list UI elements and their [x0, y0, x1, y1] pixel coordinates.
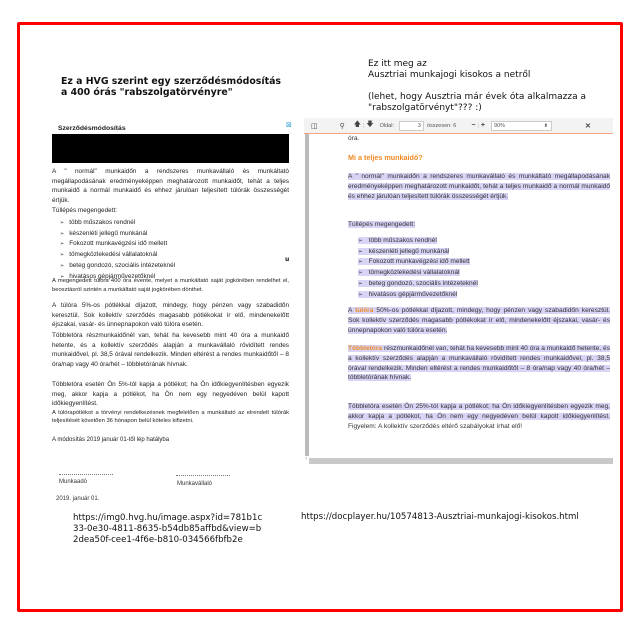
- list-item: ➢több műszakos rendnél: [358, 236, 478, 247]
- zoom-level-value: 90%: [494, 123, 505, 129]
- page-fragment: óra.: [348, 134, 610, 144]
- employer-label: Munkaadó: [59, 479, 87, 485]
- arrow-down-icon[interactable]: 🡇: [366, 120, 373, 131]
- left-caption: Ez a HVG szerint egy szerződésmódosítás …: [61, 76, 281, 98]
- redacted-block: [52, 134, 289, 163]
- document-title: Szerződésmódosítás: [58, 124, 126, 134]
- right-caption-line-4: "rabszolgatörvényt"??? :): [368, 103, 586, 114]
- list-item: ➢Fokozott munkavégzési idő mellett: [358, 257, 478, 268]
- stray-character: u: [285, 256, 289, 263]
- doc-paragraph-1: A " normál" munkaidőn a rendszeres munka…: [52, 167, 289, 206]
- total-pages-label: összesen: 6: [427, 123, 456, 129]
- viewer-paragraph-1: A " normál" munkaidőn a rendszeres munka…: [348, 172, 610, 201]
- left-caption-line-1: Ez a HVG szerint egy szerződésmódosítás: [61, 76, 281, 87]
- fullscreen-icon[interactable]: ✕: [585, 122, 591, 130]
- list-item: tömegközlekedési vállalatoknál: [60, 250, 175, 261]
- sidebar-toggle-icon[interactable]: ◫: [311, 122, 318, 130]
- viewer-list-intro: Túllépés megengedett:: [348, 220, 610, 230]
- zoom-in-button[interactable]: +: [481, 122, 485, 129]
- section-heading: Mi a teljes munkaidő?: [348, 153, 423, 162]
- doc-paragraph-3: A túlóra 5%-os pótlékkal díjazott, minde…: [52, 301, 289, 330]
- doc-list: több műszakos rendnél készenléti jellegű…: [60, 218, 175, 282]
- doc-effective-date: A módosítás 2019 január 01-től lép hatál…: [52, 436, 289, 446]
- list-item: ➢készenléti jellegű munkánál: [358, 247, 478, 258]
- right-caption: Ez itt meg az Ausztriai munkajogi kisoko…: [368, 59, 586, 114]
- horizontal-scrollbar[interactable]: [309, 458, 613, 464]
- hvg-source-url[interactable]: https://img0.hvg.hu/image.aspx?id=781b1c…: [73, 513, 263, 546]
- viewer-paragraph-2: A túlóra 50%-os pótlékkal díjazott, mind…: [348, 306, 610, 335]
- viewer-left-edge: [305, 134, 309, 456]
- list-item: több műszakos rendnél: [60, 218, 175, 229]
- zoom-level-select[interactable]: 90%⬍: [491, 121, 552, 131]
- pdf-viewer: ◫ ⚲ 🡅 | 🡇 Oldal: 3 összesen: 6 − | + 90%…: [304, 118, 613, 470]
- doc-list-intro: Túllépés megengedett:: [52, 206, 289, 216]
- left-caption-line-2: a 400 órás "rabszolgatörvényre": [61, 87, 281, 98]
- employee-signature-line: [176, 475, 230, 476]
- doc-paragraph-5: Többletóra esetén Ön 5%-tól kapja a pótl…: [52, 380, 289, 409]
- viewer-paragraph-4: Többletóra esetén Ön 25%-tól kapja a pót…: [348, 402, 610, 431]
- document-date: 2019. január 01.: [56, 496, 99, 502]
- list-item: beteg gondozó, szociális intézeteknél: [60, 261, 175, 272]
- select-arrow-icon: ⬍: [544, 122, 548, 130]
- employer-signature-line: [59, 474, 113, 475]
- arrow-up-icon[interactable]: 🡅: [354, 120, 361, 131]
- list-item: Fokozott munkavégzési idő mellett: [60, 239, 175, 250]
- viewer-toolbar: ◫ ⚲ 🡅 | 🡇 Oldal: 3 összesen: 6 − | + 90%…: [304, 118, 613, 134]
- list-item: ➢beteg gondozó, szociális intézeteknél: [358, 279, 478, 290]
- page-number-input[interactable]: 3: [399, 121, 424, 131]
- docplayer-source-url[interactable]: https://docplayer.hu/10574813-Ausztriai-…: [301, 512, 579, 523]
- doc-paragraph-6: A túlórapótlékot a törvényi rendelkezésn…: [52, 409, 289, 426]
- employee-label: Munkavállaló: [177, 481, 212, 487]
- doc-paragraph-4: Többletóra részmunkaidőnél van, tehát ha…: [52, 331, 289, 370]
- right-caption-line-2: Ausztriai munkajogi kisokos a netről: [368, 70, 586, 81]
- list-item: ➢hivatásos gépjárművezetőknél: [358, 290, 478, 301]
- right-caption-line-3: (lehet, hogy Ausztria már évek óta alkal…: [368, 92, 586, 103]
- search-icon[interactable]: ⚲: [340, 122, 345, 130]
- viewer-paragraph-3: Többletóra részmunkaidőnél van, tehát ha…: [348, 344, 610, 383]
- close-icon[interactable]: ⊠: [286, 121, 292, 129]
- zoom-out-button[interactable]: −: [471, 122, 475, 129]
- list-item: ➢tömegközlekedési vállalatoknál: [358, 268, 478, 279]
- viewer-list: ➢több műszakos rendnél ➢készenléti jelle…: [358, 236, 478, 300]
- doc-paragraph-2: A megengedett túlóra 400 óra évente, mel…: [52, 277, 289, 295]
- right-caption-line-1: Ez itt meg az: [368, 59, 586, 70]
- list-item: készenléti jellegű munkánál: [60, 229, 175, 240]
- page-label: Oldal:: [380, 123, 394, 129]
